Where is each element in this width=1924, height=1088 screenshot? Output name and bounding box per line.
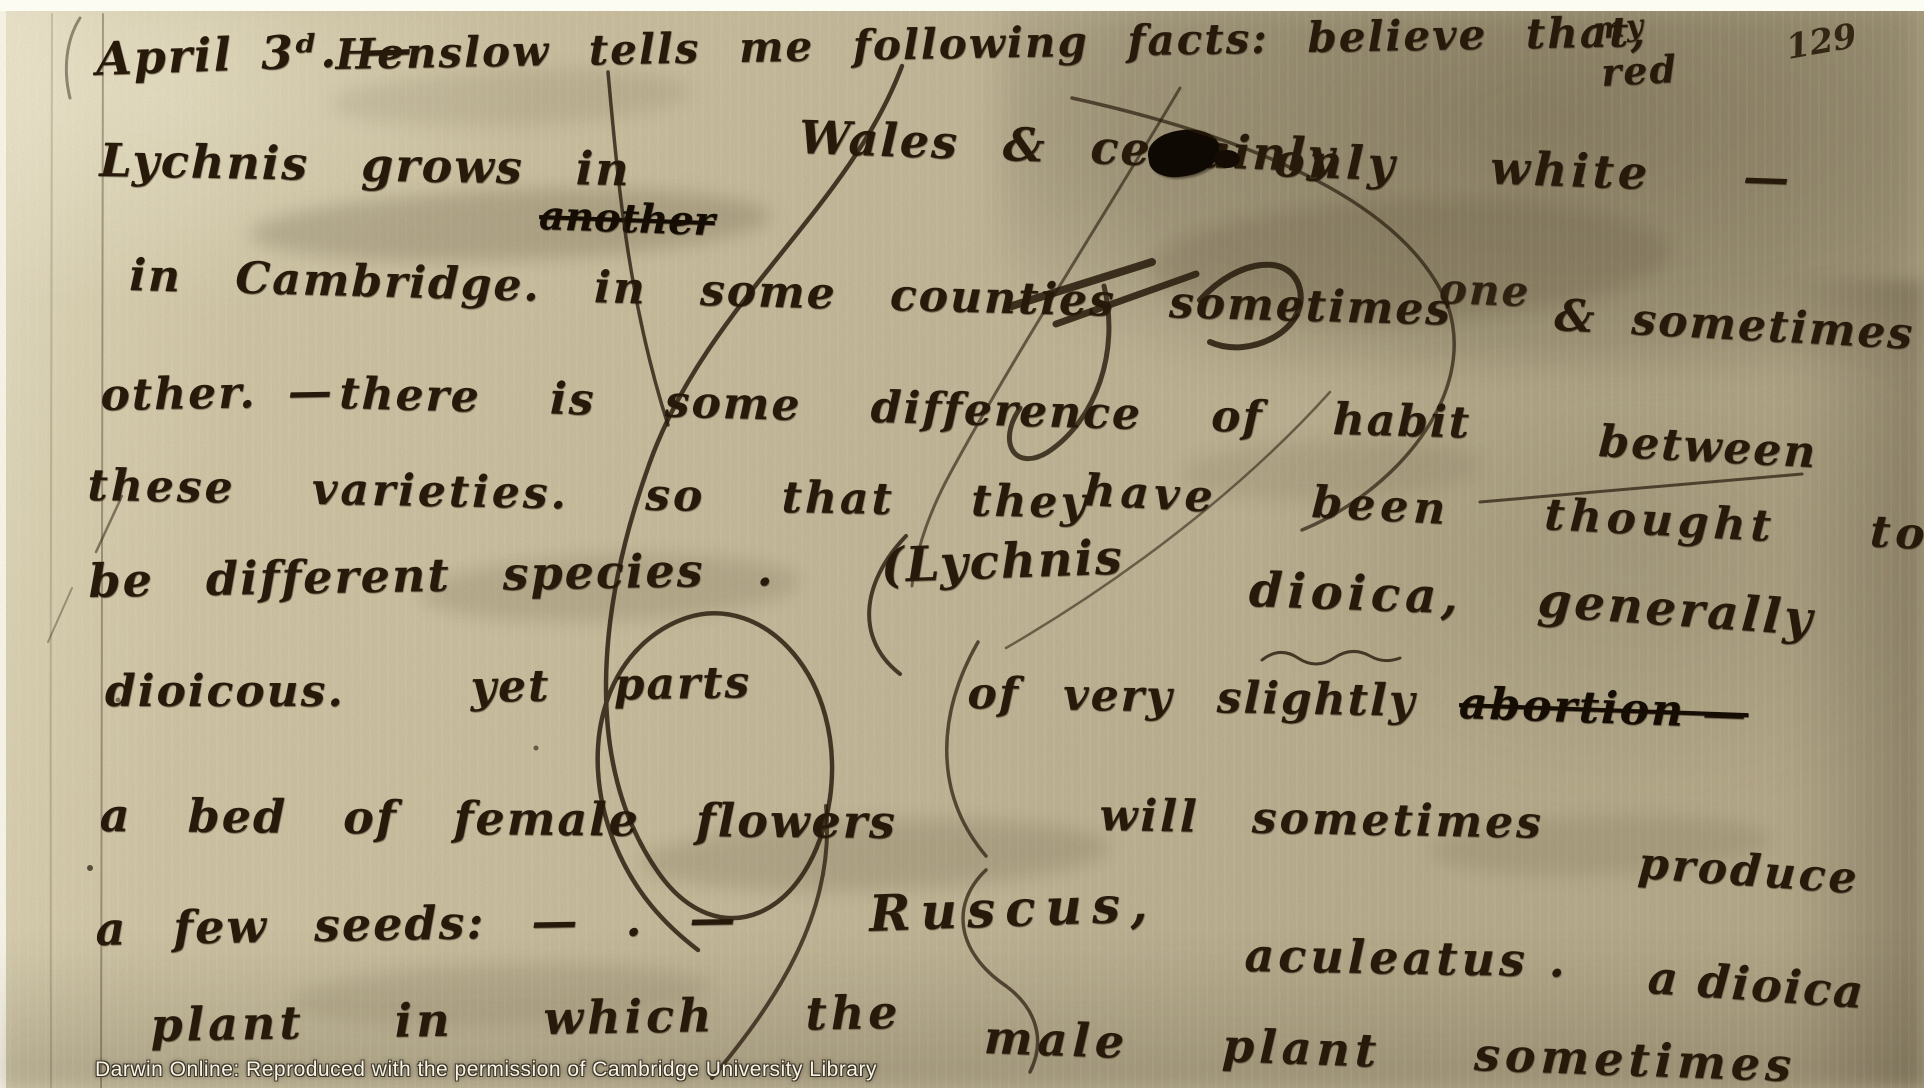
handwriting-line: will sometimes: [1099, 790, 1544, 849]
handwriting-word: one: [1438, 264, 1531, 316]
handwriting-superscript: my: [1592, 8, 1646, 46]
handwriting-word: red: [1600, 46, 1679, 95]
handwriting-word: aculeatus .: [1244, 928, 1569, 988]
ink-blot: [1214, 150, 1240, 168]
handwriting-line: of very slightly: [967, 668, 1417, 727]
handwriting-line: a bed of female flowers: [100, 788, 898, 849]
handwriting-struck-word: abortion —: [1458, 678, 1749, 739]
handwriting-line: yet parts: [470, 657, 752, 713]
handwriting-word: (Lychnis: [880, 530, 1125, 594]
handwriting-word: dioica,: [1248, 562, 1464, 625]
watermark-caption: Darwin Online: Reproduced with the permi…: [95, 1058, 877, 1082]
handwriting-line: a few seeds: — . —: [95, 891, 738, 956]
handwriting-word: dioicous.: [105, 666, 345, 717]
handwriting-word: Ruscus,: [868, 874, 1158, 943]
handwriting-line: other. —: [100, 366, 334, 421]
handwriting-line: Lychnis grows in: [99, 133, 631, 196]
handwriting-struck-word: another: [538, 192, 715, 245]
manuscript-scan: April 3ᵈ. — Henslow tells me following f…: [0, 0, 1924, 1088]
scan-edge-strip: [0, 0, 1924, 11]
